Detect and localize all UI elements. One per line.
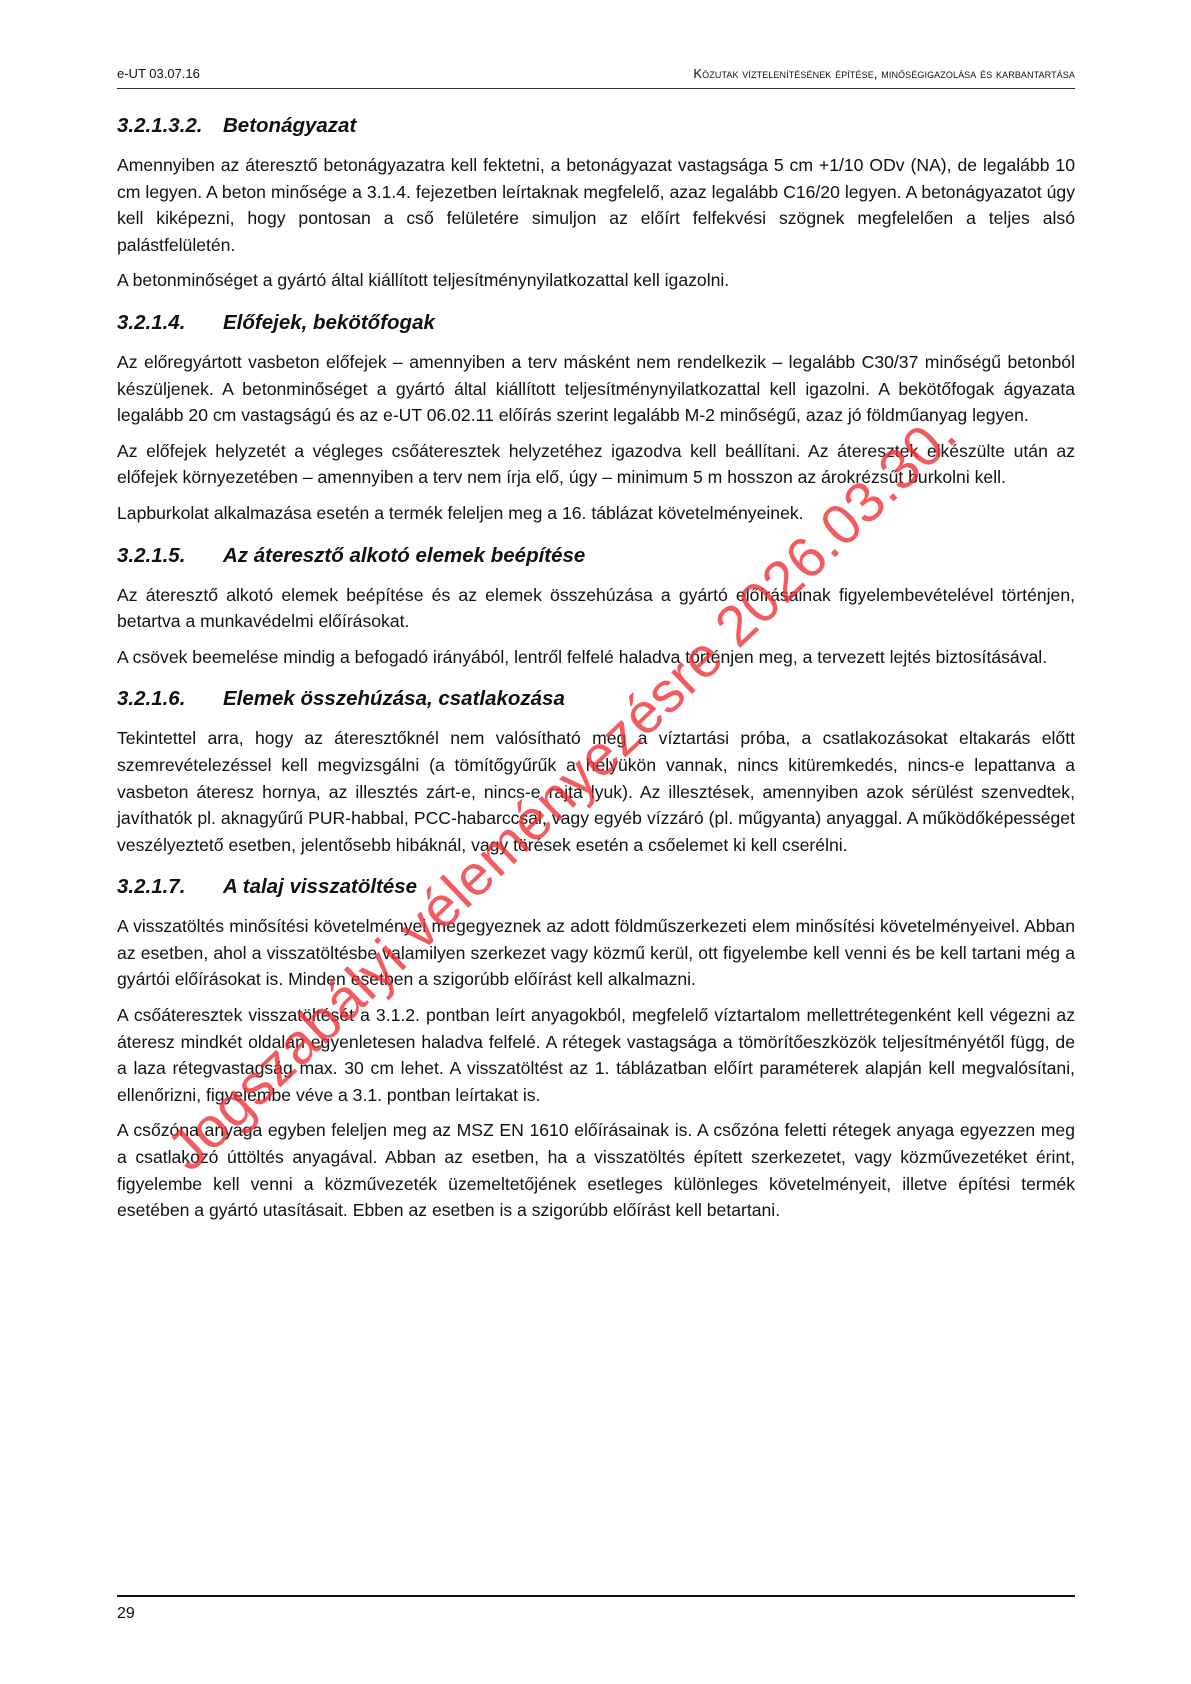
document-code: e-UT 03.07.16 [117, 66, 200, 81]
paragraph: Lapburkolat alkalmazása esetén a termék … [117, 500, 1075, 527]
paragraph: A betonminőséget a gyártó által kiállíto… [117, 267, 1075, 294]
section-number: 3.2.1.3.2. [117, 112, 223, 140]
section-heading: 3.2.1.3.2. Betonágyazat [117, 112, 1075, 140]
section-number: 3.2.1.4. [117, 309, 223, 337]
paragraph: Az áteresztő alkotó elemek beépítése és … [117, 582, 1075, 635]
section-elofejek: 3.2.1.4. Előfejek, bekötőfogak Az előreg… [117, 309, 1075, 527]
section-heading: 3.2.1.4. Előfejek, bekötőfogak [117, 309, 1075, 337]
paragraph: A csőáteresztek visszatöltését a 3.1.2. … [117, 1002, 1075, 1108]
section-heading: 3.2.1.6. Elemek összehúzása, csatlakozás… [117, 685, 1075, 713]
section-title: Elemek összehúzása, csatlakozása [223, 685, 565, 713]
page-number: 29 [117, 1605, 135, 1623]
section-title: Előfejek, bekötőfogak [223, 309, 435, 337]
section-visszatoltes: 3.2.1.7. A talaj visszatöltése A visszat… [117, 873, 1075, 1224]
page-footer: 29 [117, 1595, 1075, 1597]
paragraph: A csőzóna anyaga egyben feleljen meg az … [117, 1117, 1075, 1223]
section-osszehuzas: 3.2.1.6. Elemek összehúzása, csatlakozás… [117, 685, 1075, 858]
section-title: Betonágyazat [223, 112, 356, 140]
paragraph: Az előfejek helyzetét a végleges csőáter… [117, 438, 1075, 491]
section-elemek-beepitese: 3.2.1.5. Az áteresztő alkotó elemek beép… [117, 542, 1075, 671]
paragraph: A visszatöltés minősítési követelményei … [117, 913, 1075, 993]
paragraph: Tekintettel arra, hogy az áteresztőknél … [117, 725, 1075, 858]
paragraph: A csövek beemelése mindig a befogadó irá… [117, 644, 1075, 671]
section-title: Az áteresztő alkotó elemek beépítése [223, 542, 585, 570]
paragraph: Az előregyártott vasbeton előfejek – ame… [117, 349, 1075, 429]
section-heading: 3.2.1.7. A talaj visszatöltése [117, 873, 1075, 901]
section-title: A talaj visszatöltése [223, 873, 417, 901]
page-content: 3.2.1.3.2. Betonágyazat Amennyiben az át… [117, 112, 1075, 1233]
section-heading: 3.2.1.5. Az áteresztő alkotó elemek beép… [117, 542, 1075, 570]
section-number: 3.2.1.6. [117, 685, 223, 713]
section-number: 3.2.1.7. [117, 873, 223, 901]
document-title: Közutak víztelenítésének építése, minősé… [693, 66, 1075, 81]
section-number: 3.2.1.5. [117, 542, 223, 570]
page-header: e-UT 03.07.16 Közutak víztelenítésének é… [117, 64, 1075, 89]
paragraph: Amennyiben az áteresztő betonágyazatra k… [117, 152, 1075, 258]
section-betonagyazat: 3.2.1.3.2. Betonágyazat Amennyiben az át… [117, 112, 1075, 294]
